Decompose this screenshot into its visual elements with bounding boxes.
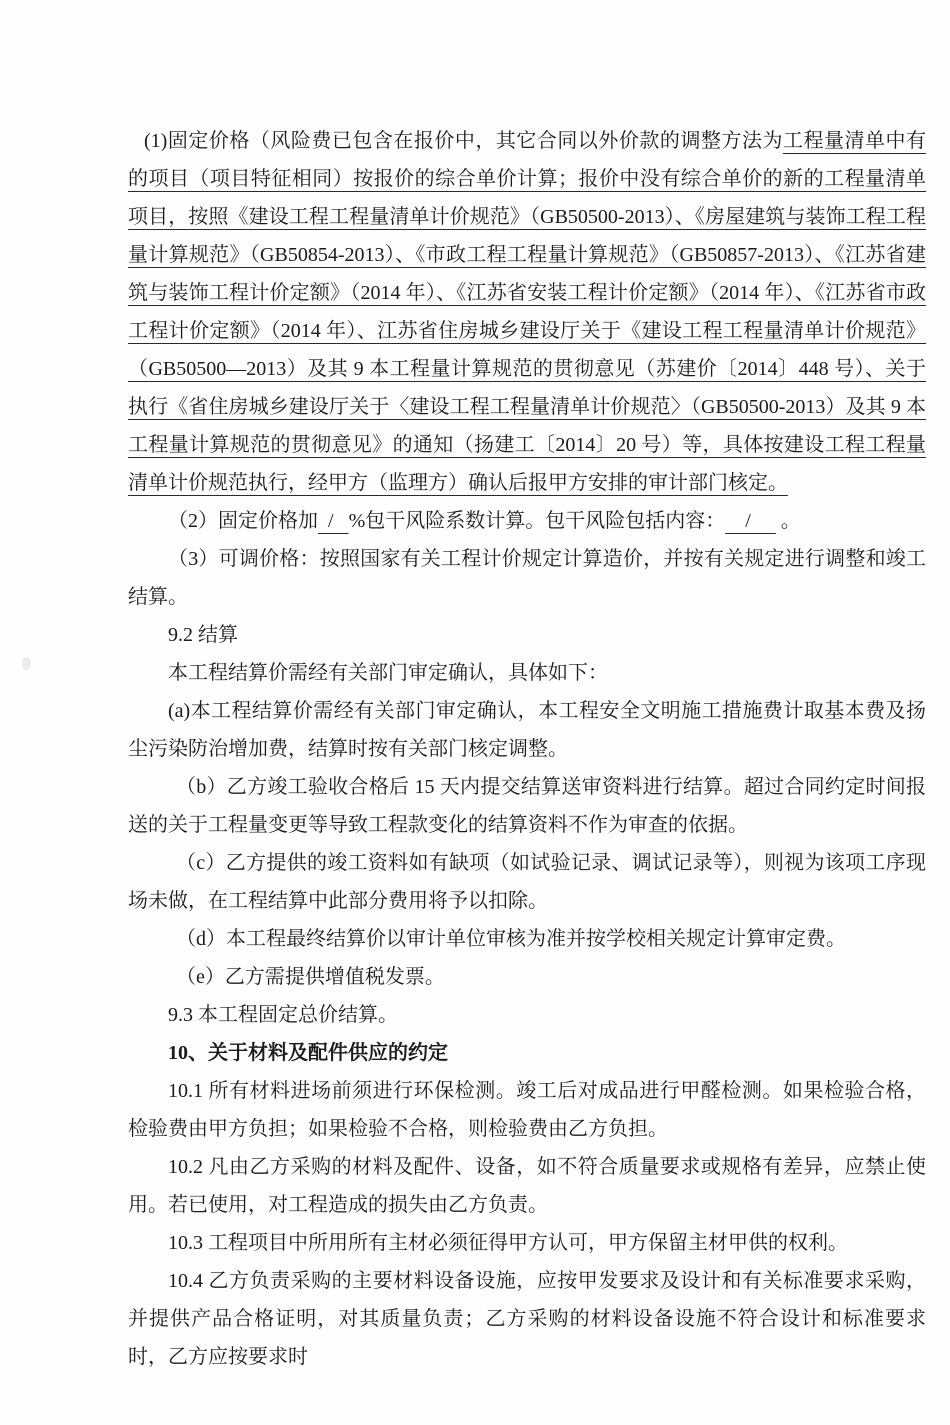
clause-10-item-4: 10.4 乙方负责采购的主要材料设备设施，应按甲发要求及设计和有关标准要求采购，… bbox=[128, 1262, 926, 1376]
section-9-2-heading: 9.2 结算 bbox=[128, 616, 926, 654]
fill-in-blank-risk-content: / bbox=[725, 510, 776, 532]
clause-9-item-2-prefix: （2）固定价格加 bbox=[168, 510, 318, 532]
contract-document-page: (1)固定价格（风险费已包含在报价中，其它合同以外价款的调整方法为工程量清单中有… bbox=[0, 0, 950, 1425]
clause-9-item-1-fixed-price: (1)固定价格（风险费已包含在报价中，其它合同以外价款的调整方法为工程量清单中有… bbox=[128, 122, 926, 502]
section-9-3-lump-sum: 9.3 本工程固定总价结算。 bbox=[128, 996, 926, 1034]
section-9-2-intro: 本工程结算价需经有关部门审定确认，具体如下： bbox=[128, 654, 926, 692]
section-9-2-item-d: （d）本工程最终结算价以审计单位审核为准并按学校相关规定计算审定费。 bbox=[128, 920, 926, 958]
section-9-2-item-c: （c）乙方提供的竣工资料如有缺项（如试验记录、调试记录等），则视为该项工序现场未… bbox=[128, 844, 926, 920]
clause-10-heading: 10、关于材料及配件供应的约定 bbox=[128, 1034, 926, 1072]
clause-9-item-1-underlined-text: 工程量清单中有的项目（项目特征相同）按报价的综合单价计算；报价中没有综合单价的新… bbox=[128, 130, 926, 494]
clause-9-item-2-mid: %包干风险系数计算。包干风险包括内容： bbox=[349, 510, 726, 532]
clause-9-item-2-risk-factor: （2）固定价格加 / %包干风险系数计算。包干风险包括内容： / 。 bbox=[128, 502, 926, 540]
clause-10-item-1: 10.1 所有材料进场前须进行环保检测。竣工后对成品进行甲醛检测。如果检验合格，… bbox=[128, 1072, 926, 1148]
fill-in-blank-risk-percent: / bbox=[318, 510, 349, 532]
clause-10-item-3: 10.3 工程项目中所用所有主材必须征得甲方认可，甲方保留主材甲供的权利。 bbox=[128, 1224, 926, 1262]
section-9-2-item-a: (a)本工程结算价需经有关部门审定确认，本工程安全文明施工措施费计取基本费及扬尘… bbox=[128, 692, 926, 768]
scan-artifact bbox=[22, 657, 31, 670]
clause-10-item-2: 10.2 凡由乙方采购的材料及配件、设备，如不符合质量要求或规格有差异，应禁止使… bbox=[128, 1148, 926, 1224]
clause-9-item-1-plain-text: (1)固定价格（风险费已包含在报价中，其它合同以外价款的调整方法为 bbox=[144, 130, 783, 152]
clause-9-item-3-adjustable-price: （3）可调价格：按照国家有关工程计价规定计算造价，并按有关规定进行调整和竣工结算… bbox=[128, 540, 926, 616]
section-9-2-item-e: （e）乙方需提供增值税发票。 bbox=[128, 958, 926, 996]
clause-9-item-2-suffix: 。 bbox=[776, 510, 801, 532]
document-content: (1)固定价格（风险费已包含在报价中，其它合同以外价款的调整方法为工程量清单中有… bbox=[128, 122, 926, 1376]
section-9-2-item-b: （b）乙方竣工验收合格后 15 天内提交结算送审资料进行结算。超过合同约定时间报… bbox=[128, 768, 926, 844]
